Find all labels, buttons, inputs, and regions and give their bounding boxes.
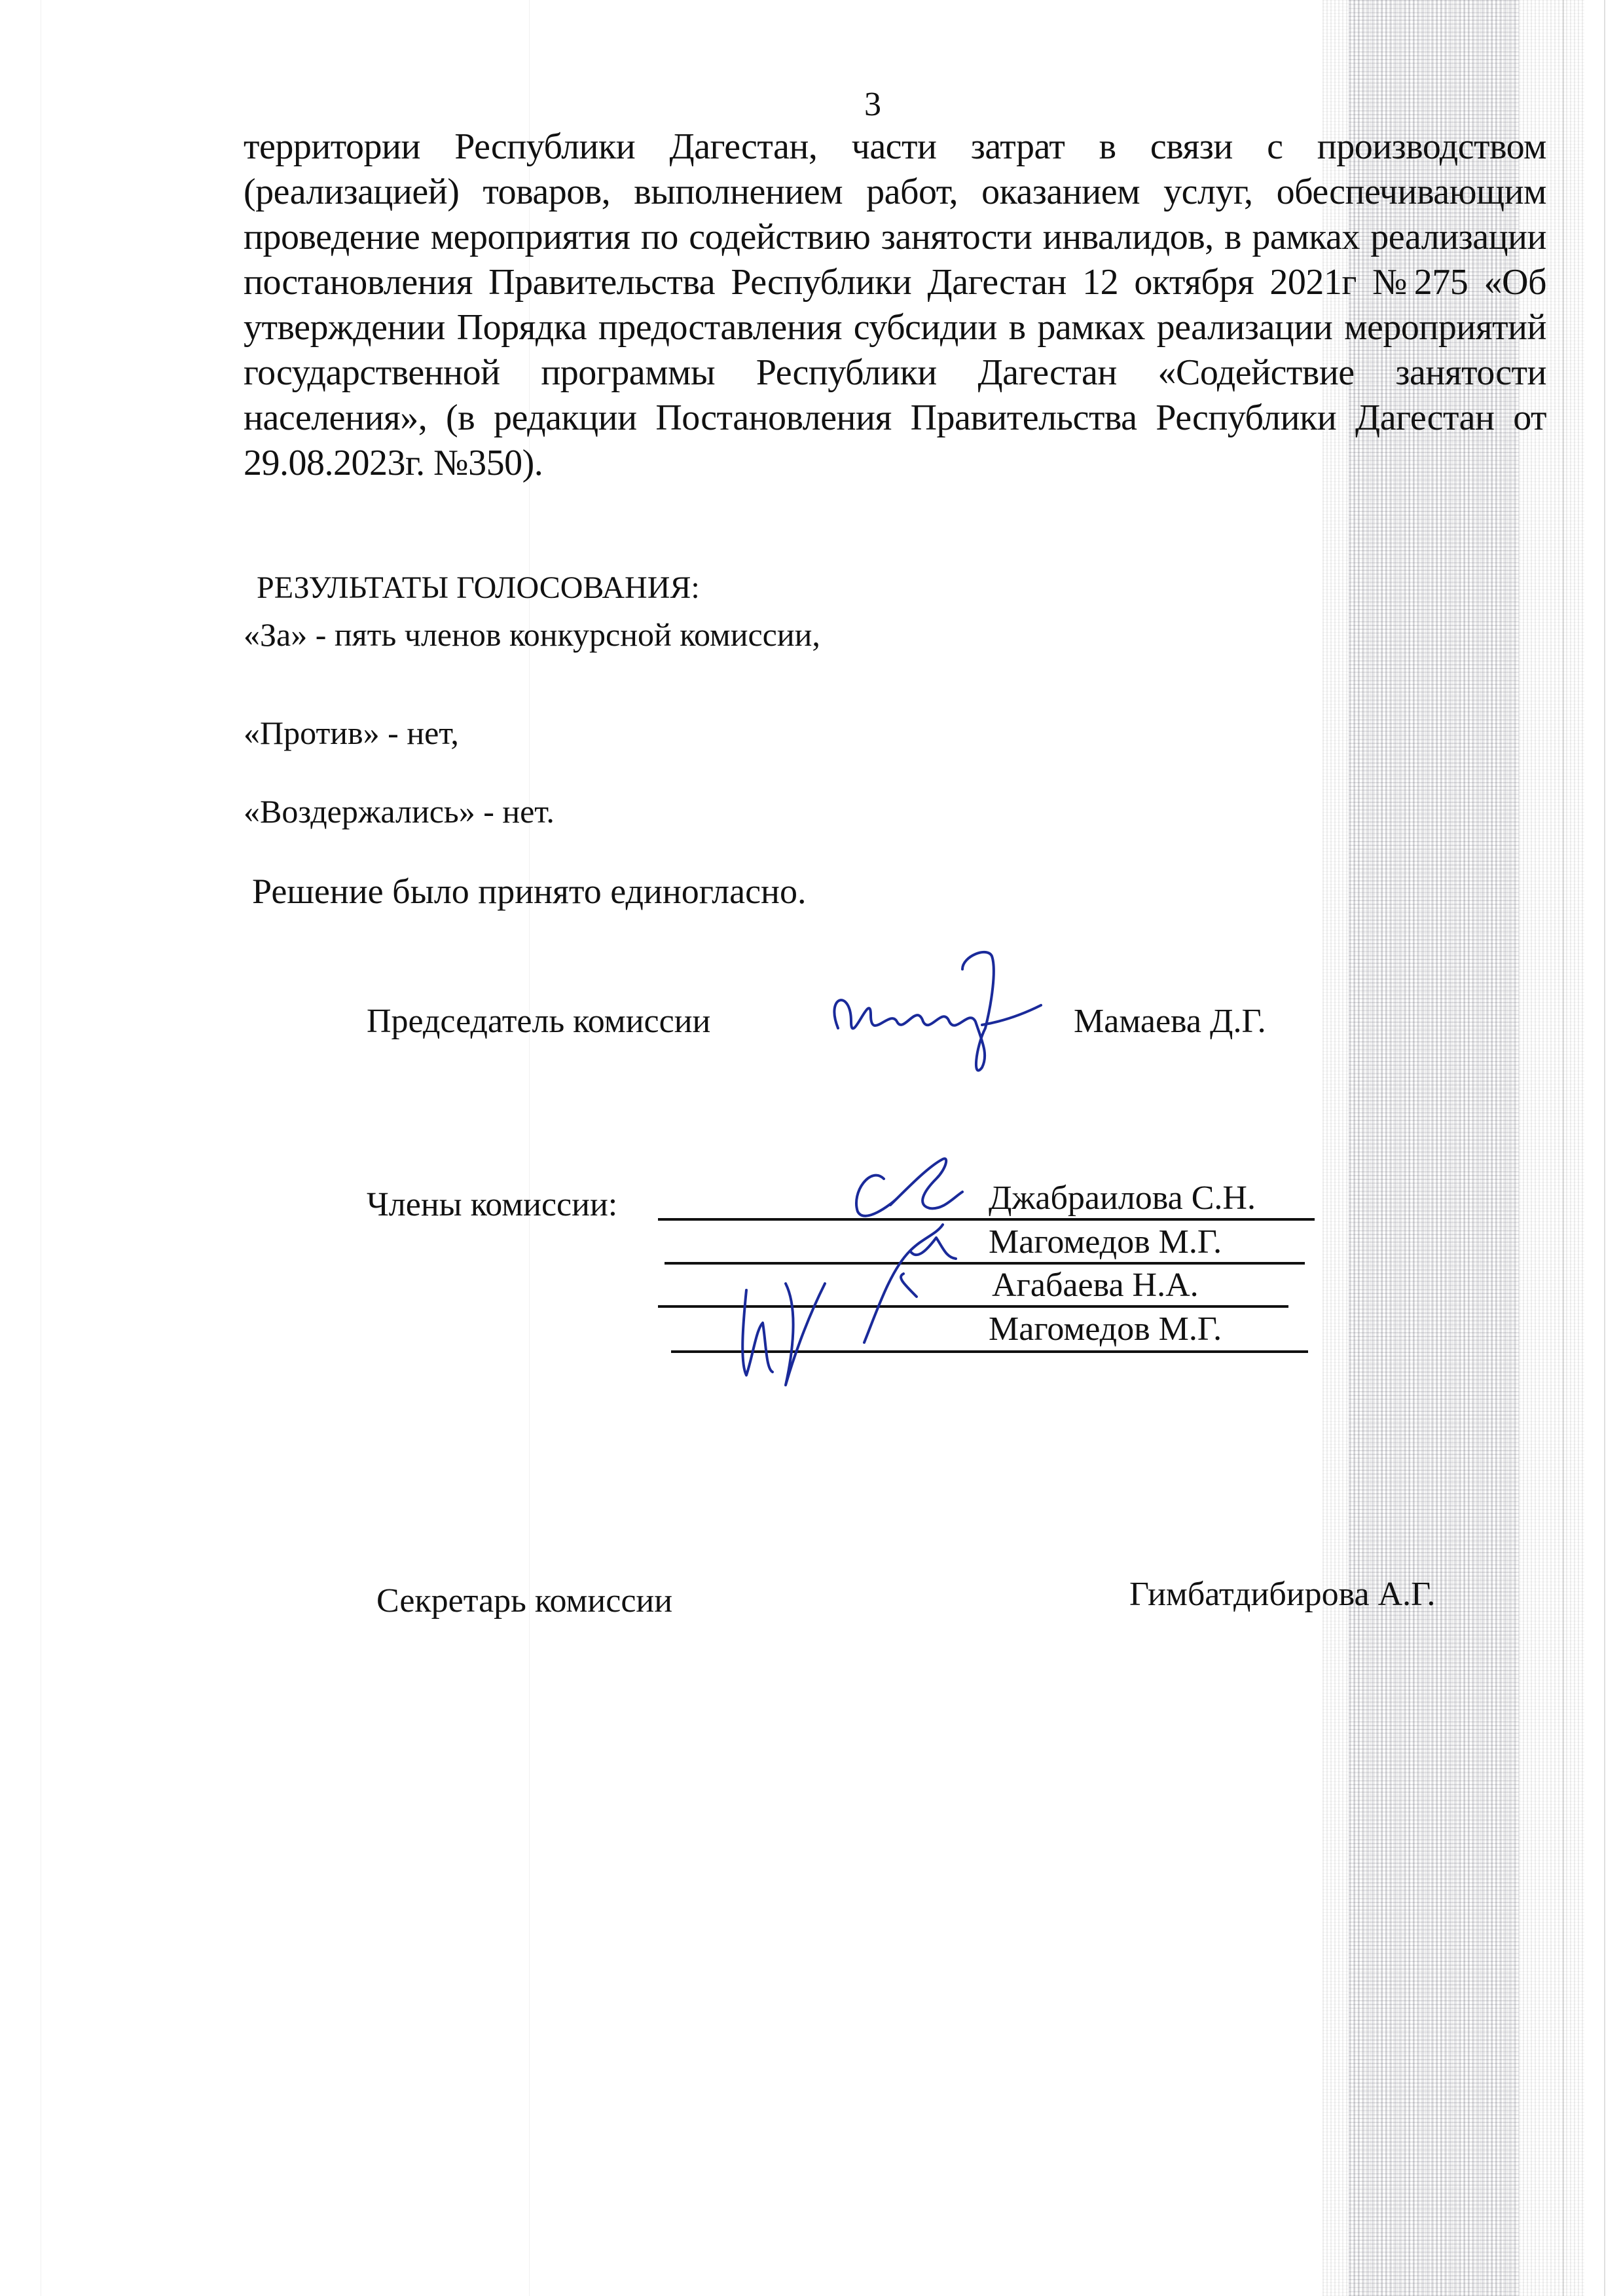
- member-name: Магомедов М.Г.: [989, 1310, 1222, 1348]
- scan-artifact-line: [1604, 0, 1605, 2296]
- decision-statement: Решение было принято единогласно.: [252, 871, 806, 912]
- scan-fold-line: [41, 0, 41, 2296]
- member-name: Магомедов М.Г.: [989, 1223, 1222, 1261]
- vote-abstained: «Воздержались» - нет.: [244, 792, 555, 830]
- signature-line: [665, 1262, 1305, 1265]
- voting-results-heading: РЕЗУЛЬТАТЫ ГОЛОСОВАНИЯ:: [257, 570, 700, 606]
- vote-for: «За» - пять членов конкурсной комиссии,: [244, 616, 820, 654]
- member-signature: [727, 1270, 858, 1388]
- chair-signature: [825, 950, 1074, 1081]
- body-paragraph: территории Республики Дагестан, части за…: [244, 124, 1546, 486]
- secretary-name: Гимбатдибирова А.Г.: [1129, 1575, 1435, 1614]
- members-label: Члены комиссии:: [367, 1185, 617, 1224]
- chair-name: Мамаева Д.Г.: [1074, 1002, 1266, 1041]
- page-number: 3: [864, 85, 881, 124]
- chair-label: Председатель комиссии: [367, 1002, 710, 1041]
- secretary-label: Секретарь комиссии: [376, 1582, 672, 1620]
- scan-artifact-line: [1563, 0, 1564, 2296]
- member-signature: [838, 1212, 969, 1342]
- member-name: Агабаева Н.А.: [992, 1266, 1199, 1305]
- vote-against: «Против» - нет,: [244, 714, 459, 752]
- member-name: Джабраилова С.Н.: [989, 1179, 1256, 1217]
